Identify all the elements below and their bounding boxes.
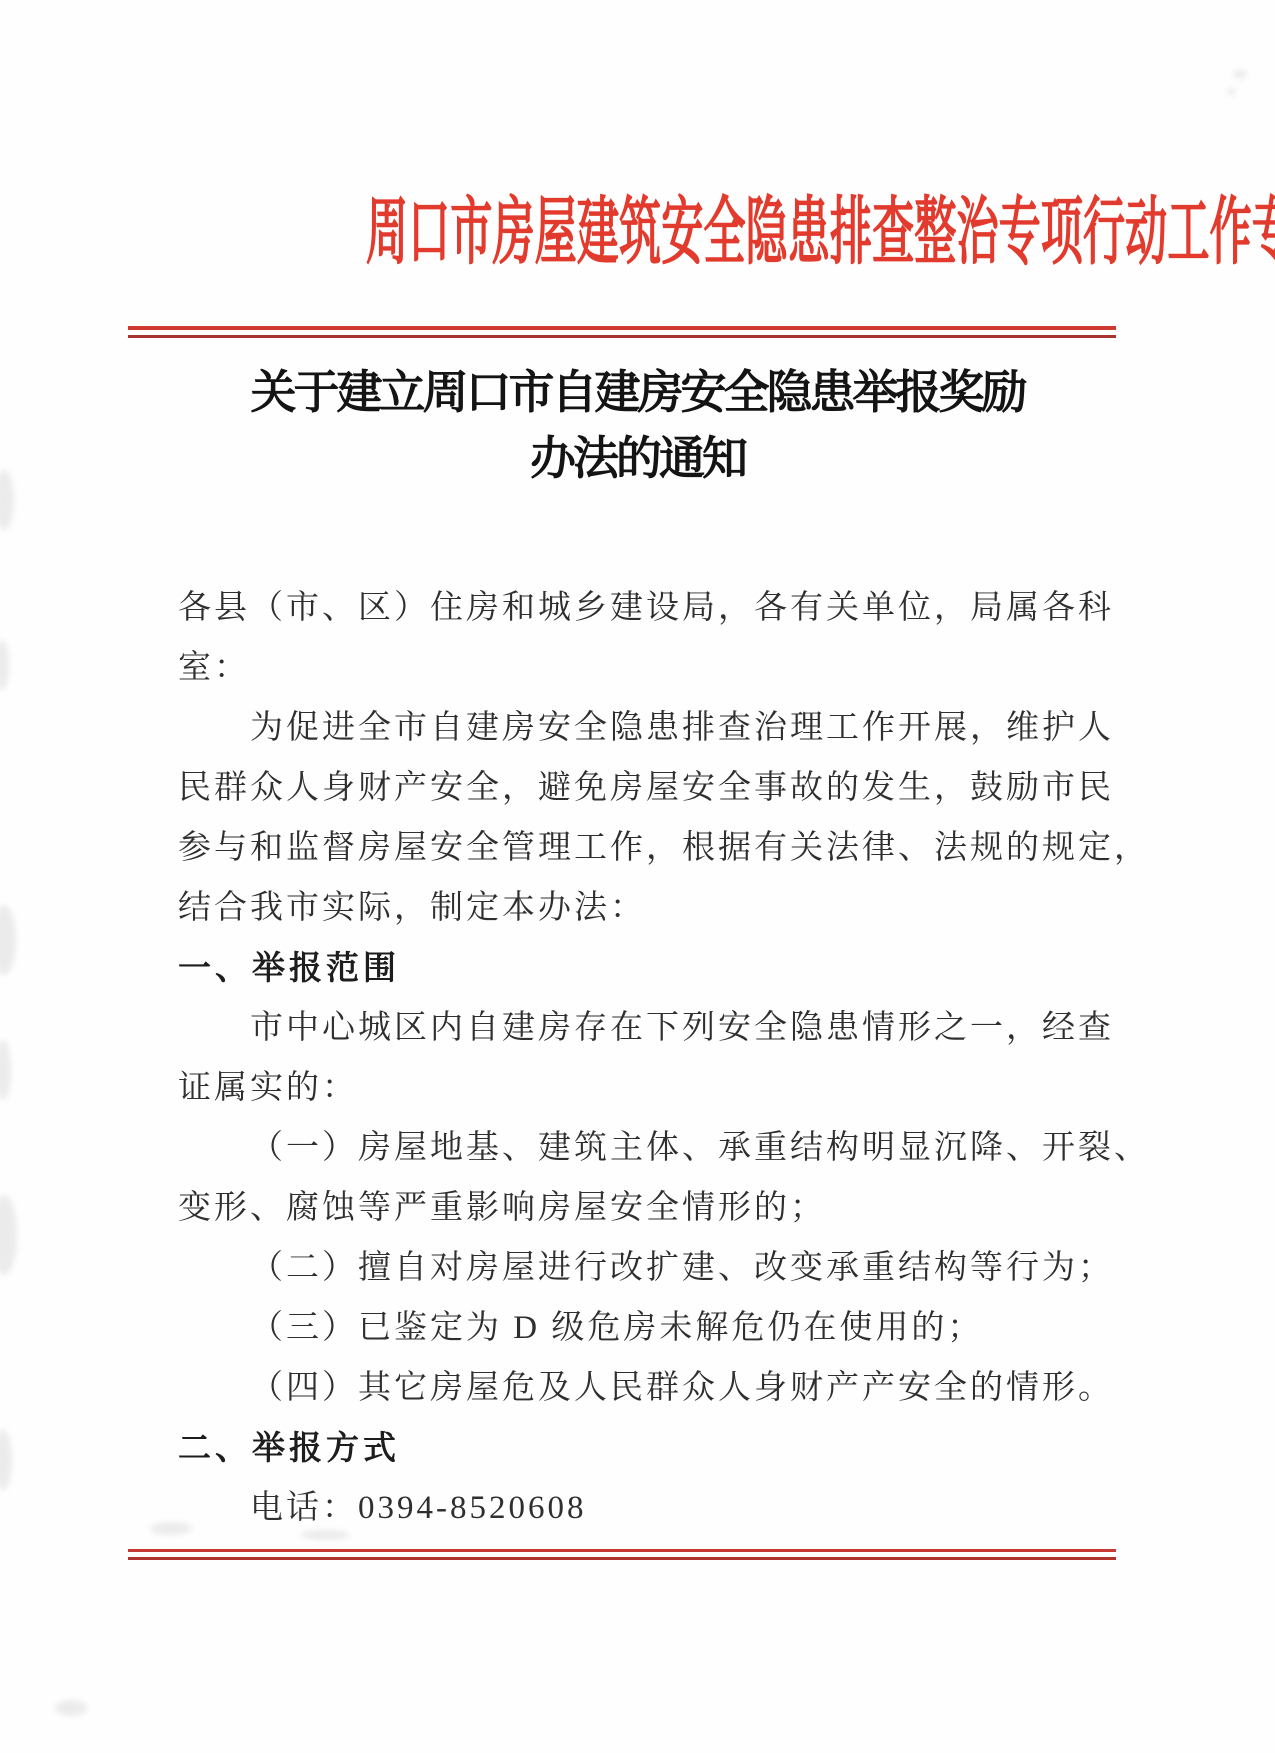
body-line-intro-4: 结合我市实际，制定本办法： <box>178 878 1122 938</box>
document-title-line-2: 办法的通知 <box>0 426 1275 492</box>
body-line-scope-2: 证属实的： <box>178 1058 1122 1118</box>
header-divider-lower-line <box>128 335 1116 338</box>
body-line-item-2: （二）擅自对房屋进行改扩建、改变承重结构等行为； <box>178 1238 1122 1298</box>
document-title-line-1: 关于建立周口市自建房安全隐患举报奖励 <box>0 360 1275 426</box>
footer-divider-rule <box>128 1549 1116 1560</box>
document-page: 周口市房屋建筑安全隐患排查整治专项行动工作专班 关于建立周口市自建房安全隐患举报… <box>0 0 1275 1753</box>
footer-divider-lower-line <box>128 1557 1116 1560</box>
body-line-item-4: （四）其它房屋危及人民群众人身财产产安全的情形。 <box>178 1358 1122 1418</box>
body-line-intro-1: 为促进全市自建房安全隐患排查治理工作开展，维护人 <box>178 698 1122 758</box>
body-line-phone: 电话：0394-8520608 <box>178 1478 1122 1538</box>
scan-speck <box>1233 70 1247 79</box>
body-line-item-3: （三）已鉴定为 D 级危房未解危仍在使用的； <box>178 1298 1122 1358</box>
document-body: 各县（市、区）住房和城乡建设局，各有关单位，局属各科 室： 为促进全市自建房安全… <box>178 578 1122 1538</box>
scan-smudge <box>0 905 16 975</box>
body-line-intro-2: 民群众人身财产安全，避免房屋安全事故的发生，鼓励市民 <box>178 758 1122 818</box>
body-line-salutation-1: 各县（市、区）住房和城乡建设局，各有关单位，局属各科 <box>178 578 1122 638</box>
scan-smudge <box>0 1040 11 1100</box>
section-heading-report-scope: 一、举报范围 <box>178 938 1122 998</box>
scan-smudge <box>55 1700 87 1716</box>
body-line-scope-1: 市中心城区内自建房存在下列安全隐患情形之一，经查 <box>178 998 1122 1058</box>
scan-smudge <box>0 640 9 690</box>
document-title: 关于建立周口市自建房安全隐患举报奖励 办法的通知 <box>0 360 1275 492</box>
scan-smudge <box>0 1430 12 1490</box>
body-line-item-1a: （一）房屋地基、建筑主体、承重结构明显沉降、开裂、 <box>178 1118 1122 1178</box>
body-line-item-1b: 变形、腐蚀等严重影响房屋安全情形的； <box>178 1178 1122 1238</box>
body-line-salutation-2: 室： <box>178 638 1122 698</box>
scan-smudge <box>0 1195 17 1275</box>
section-heading-report-method: 二、举报方式 <box>178 1418 1122 1478</box>
header-divider-rule <box>128 326 1116 338</box>
scan-speck <box>1227 88 1236 95</box>
letterhead-title: 周口市房屋建筑安全隐患排查整治专项行动工作专班 <box>366 178 1275 288</box>
letterhead: 周口市房屋建筑安全隐患排查整治专项行动工作专班 <box>0 178 1275 288</box>
body-line-intro-3: 参与和监督房屋安全管理工作，根据有关法律、法规的规定， <box>178 818 1122 878</box>
